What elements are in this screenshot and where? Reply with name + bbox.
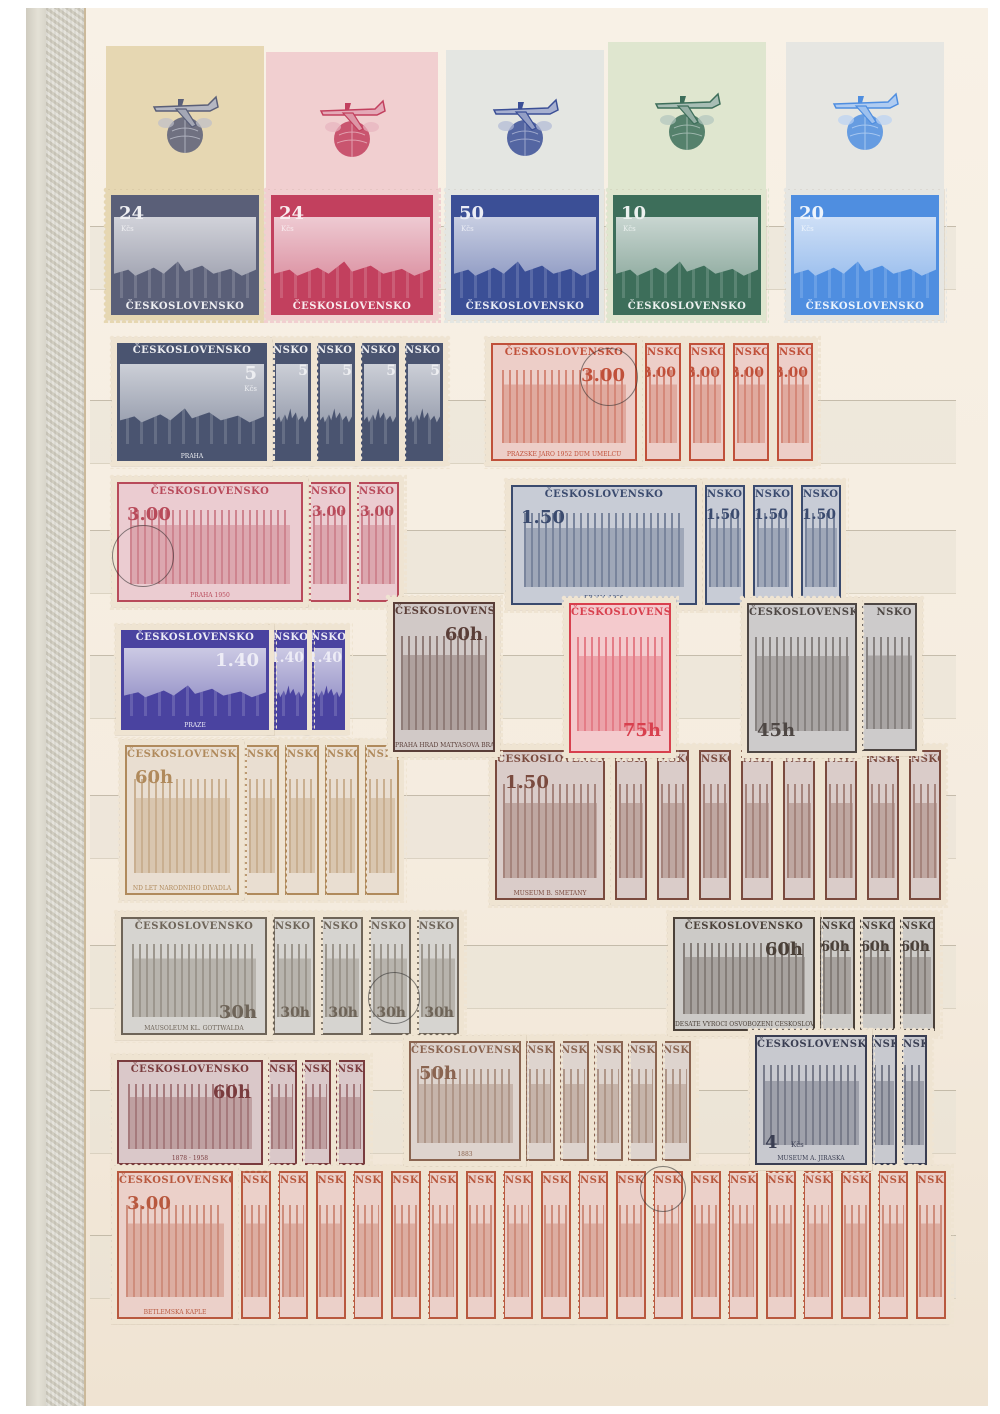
- currency-unit: Kčs: [801, 225, 814, 233]
- denomination: 3.00: [645, 365, 676, 381]
- airmail-stamp: ČESKOSLOVENSKO10Kčs: [608, 190, 766, 320]
- stamp-artwork: [693, 370, 721, 443]
- stamp-artwork: [844, 1205, 867, 1297]
- stamp-artwork: [649, 370, 677, 443]
- stamp-design: NSKO: [325, 745, 359, 895]
- stamp-design: NSKO1.50: [801, 485, 841, 605]
- stamp-duplicate: NSKO: [686, 1166, 726, 1324]
- country-inscription: NSKO: [730, 1173, 756, 1189]
- denomination: 30h: [424, 1005, 454, 1021]
- country-inscription: ČESKOSLOVENSKO: [791, 299, 939, 315]
- stamp: ČESKOSLOVENSKO1.50MUSEUM B. SMETANY: [490, 745, 610, 905]
- stamp-design: NSKO60h: [859, 917, 895, 1031]
- stamp-artwork: [781, 370, 809, 443]
- country-inscription: NSKO: [393, 1173, 419, 1189]
- country-inscription: NSKO: [821, 919, 853, 935]
- stamp-design: NSKO60h: [899, 917, 935, 1031]
- stamp-design: ČESKOSLOVENSKO24Kčs: [271, 195, 433, 315]
- country-inscription: NSKO: [527, 1043, 553, 1059]
- stamp-design: ČESKOSLOVENSKO50h1883: [409, 1041, 521, 1161]
- stamp-design: ČESKOSLOVENSKO60hDESÁTÉ VÝROČÍ OSVOBOZEN…: [673, 917, 815, 1031]
- stamp-artwork: [126, 1205, 225, 1297]
- denomination: 1.40: [273, 650, 304, 666]
- country-inscription: NSKO: [861, 919, 893, 935]
- stamp-artwork: [904, 1065, 923, 1146]
- stamp-duplicate: NSKO: [573, 1166, 613, 1324]
- stamp-design: ČESKOSLOVENSKO4KčsMUSEUM A. JIRÁSKA: [755, 1035, 867, 1165]
- stamp-design: NSKO: [466, 1171, 496, 1319]
- stamp-design: ČESKOSLOVENSKO24Kčs: [111, 195, 259, 315]
- stamp-artwork: [597, 1069, 620, 1143]
- stamp-duplicate: NSKO: [273, 1166, 313, 1324]
- airplane-globe-icon: [830, 84, 900, 154]
- country-inscription: ČESKOSLOVENSKO: [749, 605, 855, 621]
- stamp-caption: PRAHA: [117, 453, 267, 460]
- denomination: 60h: [765, 939, 803, 960]
- stamp-duplicate: NSKO: [423, 1166, 463, 1324]
- stamp-duplicate: NSKO1.50: [796, 480, 846, 610]
- stamp-design: NSKO: [653, 1171, 683, 1319]
- stamp-design: NSKO: [627, 1041, 657, 1161]
- country-inscription: NSKO: [618, 1173, 644, 1189]
- country-inscription: NSKO: [311, 484, 349, 500]
- stamp-artwork: [394, 1205, 417, 1297]
- denomination: 24: [279, 203, 304, 224]
- country-inscription: ČESKOSLOVENSKO: [513, 487, 695, 503]
- stamp-duplicate: NSKO3.00: [728, 338, 774, 466]
- stamp-duplicate: NSKO30h: [268, 912, 320, 1040]
- stamp-artwork: [703, 784, 728, 877]
- currency-unit: Kčs: [791, 1141, 804, 1149]
- stamp-artwork: [787, 784, 812, 877]
- country-inscription: NSKO: [371, 919, 409, 935]
- country-inscription: NSKO: [311, 630, 345, 646]
- country-inscription: NSKO: [273, 630, 307, 646]
- stamp-artwork: [469, 1205, 492, 1297]
- stamp-design: NSKO1.50: [753, 485, 793, 605]
- stamp-artwork: [871, 784, 896, 877]
- denomination: 3.00: [733, 365, 764, 381]
- denomination: 60h: [135, 767, 173, 788]
- currency-unit: Kčs: [461, 225, 474, 233]
- stamp-artwork: [271, 1084, 294, 1149]
- stamp-design: NSKO: [783, 750, 815, 900]
- country-inscription: ČESKOSLOVENSKO: [117, 343, 267, 359]
- stamp-duplicate: NSKO30h: [364, 912, 416, 1040]
- denomination: 5: [342, 363, 352, 379]
- stamp-design: NSKO: [267, 1060, 297, 1165]
- stamp-artwork: [319, 1205, 342, 1297]
- country-inscription: NSKO: [691, 345, 723, 361]
- stamp-design: NSKO: [241, 1171, 271, 1319]
- stamp-design: NSKO: [391, 1171, 421, 1319]
- country-inscription: NSKO: [318, 1173, 344, 1189]
- stamp-design: ČESKOSLOVENSKO50Kčs: [451, 195, 599, 315]
- denomination: 3.00: [581, 365, 625, 386]
- airmail-stamp: ČESKOSLOVENSKO24Kčs: [106, 190, 264, 320]
- country-inscription: NSKO: [655, 1173, 681, 1189]
- stamp-artwork: [631, 1069, 654, 1143]
- stamp-artwork: [289, 779, 315, 872]
- stamp-duplicate: NSKO: [498, 1166, 538, 1324]
- stamp-design: NSKO: [301, 1060, 331, 1165]
- stamp-design: NSKO: [365, 745, 399, 895]
- stamp-design: ČESKOSLOVENSKO60hND LET NÁRODNÍHO DIVADL…: [125, 745, 239, 895]
- country-inscription: NSKO: [805, 1173, 831, 1189]
- stamp-duplicate: NSKO5: [356, 338, 404, 466]
- country-inscription: ČESKOSLOVENSKO: [395, 604, 493, 620]
- stamp-duplicate: NSKO30h: [412, 912, 464, 1040]
- country-inscription: NSKO: [707, 487, 743, 503]
- country-inscription: NSKO: [863, 605, 915, 621]
- stamp-artwork: [361, 510, 394, 584]
- stamp-caption: PRAHA 1950: [119, 592, 301, 599]
- stamp-duplicate: NSKO: [862, 745, 904, 905]
- denomination: 60h: [213, 1082, 251, 1103]
- stamp-design: NSKO1.50: [705, 485, 745, 605]
- airmail-label-tab: [446, 50, 604, 194]
- country-inscription: NSKO: [337, 1062, 363, 1078]
- denomination: 30h: [376, 1005, 406, 1021]
- country-inscription: NSKO: [880, 1173, 906, 1189]
- stamp-design: NSKO3.00: [777, 343, 813, 461]
- stamp-design: NSKO: [661, 1041, 691, 1161]
- stamp-design: NSKO: [691, 1171, 721, 1319]
- stamp-artwork: [661, 784, 686, 877]
- stamp-artwork: [329, 779, 355, 872]
- stamp-duplicate: NSKO5: [312, 338, 360, 466]
- country-inscription: NSKO: [701, 752, 729, 768]
- country-inscription: ČESKOSLOVENSKO: [613, 299, 761, 315]
- stamp-design: NSKO30h: [417, 917, 459, 1035]
- country-inscription: ČESKOSLOVENSKO: [451, 299, 599, 315]
- stamp-artwork: [657, 1205, 680, 1297]
- stamp-design: NSKO60h: [819, 917, 855, 1031]
- denomination: 30h: [280, 1005, 310, 1021]
- stamp: ČESKOSLOVENSKO1.50PRAHA 1950: [506, 480, 702, 610]
- stamp-artwork: [244, 1205, 267, 1297]
- stamp-design: NSKO: [578, 1171, 608, 1319]
- country-inscription: ČESKOSLOVENSKO: [119, 1062, 261, 1078]
- stamp-artwork: [563, 1069, 586, 1143]
- denomination: 50h: [419, 1063, 457, 1084]
- currency-unit: Kčs: [623, 225, 636, 233]
- country-inscription: NSKO: [327, 747, 357, 763]
- country-inscription: NSKO: [693, 1173, 719, 1189]
- stamp-artwork: [709, 513, 741, 587]
- country-inscription: NSKO: [355, 1173, 381, 1189]
- stamp-design: NSKO5: [273, 343, 311, 461]
- stamp-duplicate: NSKO1.50: [700, 480, 750, 610]
- stamp-artwork: [737, 370, 765, 443]
- airmail-stamp: ČESKOSLOVENSKO50Kčs: [446, 190, 604, 320]
- stamp-design: NSKO: [245, 745, 279, 895]
- stamp-caption: MUSEUM B. SMETANY: [497, 890, 603, 897]
- stamp-design: NSKO3.00: [309, 482, 351, 602]
- country-inscription: ČESKOSLOVENSKO: [411, 1043, 519, 1059]
- stamp-caption: 1883: [411, 1151, 519, 1158]
- stamp-design: ČESKOSLOVENSKO1.50MUSEUM B. SMETANY: [495, 750, 605, 900]
- denomination: 1.50: [505, 772, 549, 793]
- denomination: 60h: [860, 939, 890, 955]
- country-inscription: NSKO: [419, 919, 457, 935]
- country-inscription: NSKO: [903, 1037, 925, 1053]
- stamp-caption: 1878 · 1958: [119, 1155, 261, 1162]
- stamp-artwork: [913, 784, 938, 877]
- stamp-design: NSKO30h: [321, 917, 363, 1035]
- stamp-design: ČESKOSLOVENSKO1.50PRAHA 1950: [511, 485, 697, 605]
- stamp-design: NSKO: [728, 1171, 758, 1319]
- stamp: ČESKOSLOVENSKO60hND LET NÁRODNÍHO DIVADL…: [120, 740, 244, 900]
- stamp-artwork: [732, 1205, 755, 1297]
- stamp-design: NSKO: [503, 1171, 533, 1319]
- country-inscription: NSKO: [663, 1043, 689, 1059]
- stamp-duplicate: NSKO30h: [316, 912, 368, 1040]
- country-inscription: NSKO: [873, 1037, 895, 1053]
- country-inscription: NSKO: [317, 343, 355, 359]
- stamp-duplicate: NSKO: [652, 745, 694, 905]
- stamp-design: NSKO: [353, 1171, 383, 1319]
- currency-unit: Kčs: [281, 225, 294, 233]
- country-inscription: ČESKOSLOVENSKO: [757, 1037, 865, 1053]
- country-inscription: NSKO: [430, 1173, 456, 1189]
- stamp-design: NSKO3.00: [733, 343, 769, 461]
- denomination: 1.50: [754, 507, 788, 523]
- country-inscription: NSKO: [505, 1173, 531, 1189]
- stamp: ČESKOSLOVENSKO3.00PRAHA 1950: [112, 477, 308, 607]
- stamp-design: NSKO: [741, 750, 773, 900]
- stamp-design: NSKO: [803, 1171, 833, 1319]
- stamp-artwork: [694, 1205, 717, 1297]
- stamp-artwork: [507, 1205, 530, 1297]
- airplane-globe-icon: [652, 84, 722, 154]
- stamp-design: NSKO: [278, 1171, 308, 1319]
- country-inscription: ČESKOSLOVENSKO: [493, 345, 635, 361]
- stamp-design: ČESKOSLOVENSKO1.40PRAZE: [121, 630, 269, 730]
- stamp-design: NSKO: [825, 750, 857, 900]
- stamp-design: NSKO: [541, 1171, 571, 1319]
- stamp-caption: MUSEUM A. JIRÁSKA: [757, 1155, 865, 1162]
- stamp-design: NSKO: [616, 1171, 646, 1319]
- denomination: 5: [244, 363, 257, 384]
- stamp-design: ČESKOSLOVENSKO60hPRAHA HRAD MATYÁŠOVA BR…: [393, 602, 495, 752]
- stamp: ČESKOSLOVENSKO5KčsPRAHA: [112, 338, 272, 466]
- stamp-design: NSKO: [615, 750, 647, 900]
- country-inscription: NSKO: [647, 345, 679, 361]
- airplane-globe-icon: [317, 91, 387, 161]
- country-inscription: ČESKOSLOVENSKO: [119, 1173, 231, 1189]
- country-inscription: NSKO: [303, 1062, 329, 1078]
- country-inscription: NSKO: [580, 1173, 606, 1189]
- stamp-artwork: [866, 637, 912, 729]
- denomination: 75h: [623, 720, 661, 741]
- denomination: 20: [799, 203, 824, 224]
- denomination: 1.50: [706, 507, 740, 523]
- stamp-artwork: [619, 1205, 642, 1297]
- denomination: 3.00: [127, 504, 171, 525]
- stamp-artwork: [134, 779, 231, 872]
- stamp-design: NSKO3.00: [645, 343, 681, 461]
- stamp-artwork: [755, 637, 848, 730]
- stamp-design: NSKO: [657, 750, 689, 900]
- stamp-design: NSKO30h: [273, 917, 315, 1035]
- stamp: ČESKOSLOVENSKO60h1878 · 1958: [112, 1055, 268, 1170]
- country-inscription: NSKO: [468, 1173, 494, 1189]
- country-inscription: NSKO: [269, 1062, 295, 1078]
- stamp-duplicate: NSKO: [873, 1166, 913, 1324]
- stamp-artwork: [763, 1065, 858, 1146]
- country-inscription: NSKO: [273, 343, 311, 359]
- stamp-design: NSKO3.00: [357, 482, 399, 602]
- stamp-duplicate: NSKO: [386, 1166, 426, 1324]
- stamp-duplicate: NSKO3.00: [304, 477, 356, 607]
- stamp-artwork: [249, 779, 275, 872]
- stamp-artwork: [807, 1205, 830, 1297]
- stamp-design: NSKO30h: [369, 917, 411, 1035]
- stamp-design: NSKO: [916, 1171, 946, 1319]
- stamp-design: NSKO5: [361, 343, 399, 461]
- stamp-duplicate: NSKO: [348, 1166, 388, 1324]
- country-inscription: NSKO: [247, 747, 277, 763]
- stamp-artwork: [582, 1205, 605, 1297]
- stamp-design: NSKO: [335, 1060, 365, 1165]
- country-inscription: ČESKOSLOVENSKO: [111, 299, 259, 315]
- stamp-duplicate: NSKO: [611, 1166, 651, 1324]
- stamp-duplicate: NSKO: [694, 745, 736, 905]
- stamp-duplicate: NSKO: [836, 1166, 876, 1324]
- country-inscription: NSKO: [918, 1173, 944, 1189]
- stamp-design: NSKO1.40: [273, 630, 307, 730]
- stamp-duplicate: NSKO: [856, 598, 922, 756]
- denomination: 24: [119, 203, 144, 224]
- denomination: 45h: [757, 720, 795, 741]
- stamp-artwork: [313, 510, 346, 584]
- denomination: 1.50: [802, 507, 836, 523]
- stamp-design: ČESKOSLOVENSKO10Kčs: [613, 195, 761, 315]
- stamp-artwork: [432, 1205, 455, 1297]
- stamp-duplicate: NSKO: [798, 1166, 838, 1324]
- stamp: ČESKOSLOVENSKO3.00BETLÉMSKÁ KAPLE: [112, 1166, 238, 1324]
- stamp-artwork: [282, 1205, 305, 1297]
- airplane-globe-icon: [150, 87, 220, 157]
- country-inscription: NSKO: [768, 1173, 794, 1189]
- stamp-artwork: [665, 1069, 688, 1143]
- airmail-label-tab: [106, 46, 264, 194]
- stamp-duplicate: NSKO: [236, 1166, 276, 1324]
- stamp-duplicate: NSKO: [610, 745, 652, 905]
- denomination: 4: [765, 1132, 778, 1153]
- denomination: 60h: [820, 939, 850, 955]
- stamp-design: NSKO: [316, 1171, 346, 1319]
- stamp-design: ČESKOSLOVENSKO60h1878 · 1958: [117, 1060, 263, 1165]
- country-inscription: NSKO: [755, 487, 791, 503]
- stamp-artwork: [874, 1065, 893, 1146]
- country-inscription: NSKO: [359, 484, 397, 500]
- stamp-duplicate: NSKO3.00: [772, 338, 818, 466]
- denomination: 3.00: [127, 1193, 171, 1214]
- stamp-duplicate: NSKO3.00: [640, 338, 686, 466]
- stamp-design: NSKO: [525, 1041, 555, 1161]
- stamp: ČESKOSLOVENSKO50h1883: [404, 1036, 526, 1166]
- stamp: ČESKOSLOVENSKO75h: [564, 598, 676, 758]
- denomination: 1.40: [215, 650, 259, 671]
- stamp-design: NSKO: [867, 750, 899, 900]
- denomination: 5: [298, 363, 308, 379]
- stamp-caption: PRAŽSKÉ JARO 1952 DŮM UMĚLCŮ: [493, 451, 635, 458]
- stamp-caption: BETLÉMSKÁ KAPLE: [119, 1309, 231, 1316]
- country-inscription: NSKO: [275, 919, 313, 935]
- stamp-artwork: [357, 1205, 380, 1297]
- stamp-design: NSKO: [285, 745, 319, 895]
- country-inscription: ČESKOSLOVENSKO: [271, 299, 433, 315]
- stamp-caption: MAUSOLEUM KL. GOTTWALDA: [123, 1025, 265, 1032]
- stamp-artwork: [769, 1205, 792, 1297]
- country-inscription: NSKO: [843, 1173, 869, 1189]
- airmail-stamp: ČESKOSLOVENSKO20Kčs: [786, 190, 944, 320]
- denomination: 50: [459, 203, 484, 224]
- currency-unit: Kčs: [244, 385, 257, 393]
- airmail-label-tab: [266, 52, 438, 194]
- stamp-duplicate: NSKO: [536, 1166, 576, 1324]
- stamp-caption: PRAZE: [121, 722, 269, 729]
- stamp-artwork: [339, 1084, 362, 1149]
- stamp-design: NSKO: [878, 1171, 908, 1319]
- stamp-artwork: [305, 1084, 328, 1149]
- stamp-duplicate: NSKO: [778, 745, 820, 905]
- stamp: ČESKOSLOVENSKO3.00PRAŽSKÉ JARO 1952 DŮM …: [486, 338, 642, 466]
- country-inscription: NSKO: [803, 487, 839, 503]
- denomination: 10: [621, 203, 646, 224]
- country-inscription: ČESKOSLOVENSKO: [123, 919, 265, 935]
- stamp-design: NSKO: [593, 1041, 623, 1161]
- denomination: 60h: [900, 939, 930, 955]
- airplane-globe-icon: [490, 90, 560, 160]
- stamp-design: NSKO: [861, 603, 917, 751]
- country-inscription: NSKO: [280, 1173, 306, 1189]
- stamp: ČESKOSLOVENSKO4KčsMUSEUM A. JIRÁSKA: [750, 1030, 872, 1170]
- stamp-artwork: [369, 779, 395, 872]
- stamp-artwork: [757, 513, 789, 587]
- stamp-design: ČESKOSLOVENSKO75h: [569, 603, 671, 753]
- stamp-duplicate: NSKO1.50: [748, 480, 798, 610]
- stamp-design: ČESKOSLOVENSKO30hMAUSOLEUM KL. GOTTWALDA: [121, 917, 267, 1035]
- stamp-duplicate: NSKO5: [268, 338, 316, 466]
- album-binding: [26, 8, 86, 1406]
- denomination: 3.00: [312, 504, 346, 520]
- country-inscription: ČESKOSLOVENSKO: [121, 630, 269, 646]
- stamp-design: ČESKOSLOVENSKO45h: [747, 603, 857, 753]
- country-inscription: NSKO: [629, 1043, 655, 1059]
- denomination: 1.50: [521, 507, 565, 528]
- stamp: ČESKOSLOVENSKO60hDESÁTÉ VÝROČÍ OSVOBOZEN…: [668, 912, 820, 1036]
- stamp-design: ČESKOSLOVENSKO3.00PRAHA 1950: [117, 482, 303, 602]
- stamp-design: NSKO5: [317, 343, 355, 461]
- country-inscription: NSKO: [543, 1173, 569, 1189]
- denomination: 3.00: [360, 504, 394, 520]
- stamp-artwork: [503, 784, 596, 877]
- stamp-duplicate: NSKO: [311, 1166, 351, 1324]
- country-inscription: NSKO: [595, 1043, 621, 1059]
- country-inscription: NSKO: [243, 1173, 269, 1189]
- stamp-duplicate: NSKO: [761, 1166, 801, 1324]
- stamp-duplicate: NSKO5: [400, 338, 448, 466]
- country-inscription: NSKO: [561, 1043, 587, 1059]
- country-inscription: ČESKOSLOVENSKO: [571, 605, 669, 621]
- stamp-caption: ND LET NÁRODNÍHO DIVADLA: [127, 885, 237, 892]
- stamp-duplicate: NSKO: [820, 745, 862, 905]
- country-inscription: NSKO: [901, 919, 933, 935]
- stamp-duplicate: NSKO3.00: [684, 338, 730, 466]
